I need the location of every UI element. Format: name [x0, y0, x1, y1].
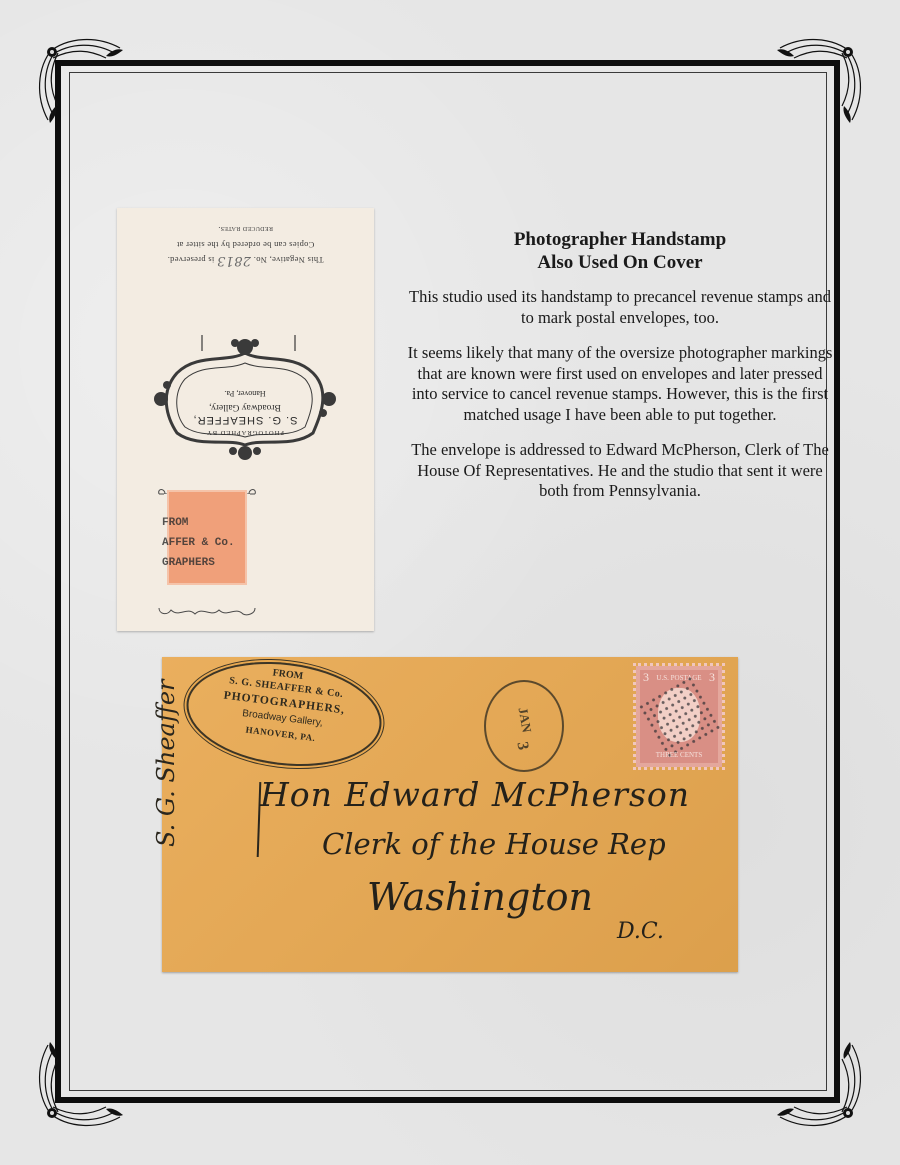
imprint-small: PHOTOGRAPHED BY: [147, 426, 343, 439]
notice-line-3: reduced rates.: [117, 222, 374, 237]
stamp-value: 3: [643, 670, 649, 685]
paragraph-3: The envelope is addressed to Edward McPh…: [405, 440, 835, 502]
corner-flourish-icon: [28, 28, 123, 123]
title-line-1: Photographer Handstamp: [405, 228, 835, 251]
corner-flourish-icon: [28, 1042, 123, 1137]
three-cent-stamp: U.S. POSTAGE 3 3 THREE CENTS: [636, 666, 722, 767]
corner-flourish-icon: [777, 1042, 872, 1137]
imprint-city: Hanover, Pa.: [147, 387, 343, 400]
cancel-line: GRAPHERS: [162, 553, 272, 573]
studio-imprint: PHOTOGRAPHED BY S. G. SHEAFFER, Broadway…: [147, 387, 343, 439]
notice-line-1-end: is preserved.: [167, 255, 214, 265]
page-title: Photographer Handstamp Also Used On Cove…: [405, 228, 835, 274]
cancel-line: AFFER & Co.: [162, 533, 272, 553]
revenue-precancel: FROM AFFER & Co. GRAPHERS: [162, 513, 272, 573]
cancel-line: FROM: [162, 513, 272, 533]
notice-line-1: This Negative, No.: [253, 255, 323, 265]
stamp-bottom-label: THREE CENTS: [636, 751, 722, 759]
address-line-4: D.C.: [617, 919, 664, 944]
paragraph-1: This studio used its handstamp to precan…: [405, 287, 835, 328]
title-line-2: Also Used On Cover: [405, 251, 835, 274]
address-line-3: Washington: [367, 875, 593, 919]
card-negative-notice: This Negative, No. 2813 is preserved. Co…: [117, 222, 374, 268]
ornamental-cartouche-icon: PHOTOGRAPHED BY S. G. SHEAFFER, Broadway…: [147, 333, 343, 463]
postal-envelope: FROM S. G. SHEAFFER & Co. PHOTOGRAPHERS,…: [162, 657, 738, 972]
imprint-gallery: Broadway Gallery,: [147, 400, 343, 413]
description-block: Photographer Handstamp Also Used On Cove…: [405, 228, 835, 517]
address-line-1: Hon Edward McPherson: [260, 775, 690, 814]
corner-flourish-icon: [777, 28, 872, 123]
sender-signature: S. G. Sheaffer: [152, 679, 180, 847]
negative-number: 2813: [217, 253, 251, 268]
photograph-card-back: This Negative, No. 2813 is preserved. Co…: [117, 208, 374, 631]
paragraph-2: It seems likely that many of the oversiz…: [405, 343, 835, 425]
stamp-value: 3: [709, 670, 715, 685]
notice-line-2: Copies can be ordered by the sitter at: [117, 237, 374, 252]
address-line-2: Clerk of the House Rep: [322, 827, 666, 861]
imprint-name: S. G. SHEAFFER,: [147, 413, 343, 426]
